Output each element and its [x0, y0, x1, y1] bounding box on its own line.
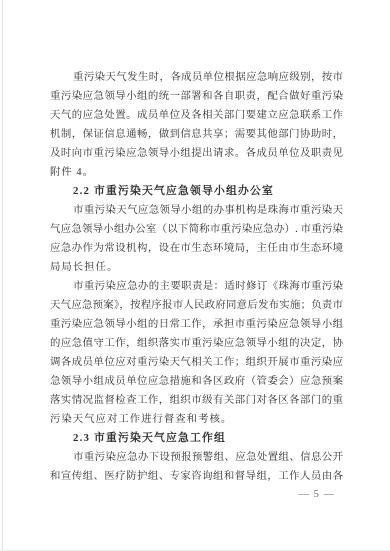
document-line: 市重污染天气应急领导小组的办事机构是珠海市重污染天 — [50, 201, 343, 220]
document-line: 市重污染应急办的主要职责是：适时修订《珠海市重污染 — [50, 277, 343, 296]
document-line: 落实情况监督检查工作，组织市级有关部门对各区各部门的重 — [50, 391, 343, 410]
document-line: 机制，保证信息通畅，做到信息共享；需要其他部门协助时， — [50, 125, 343, 144]
document-line: 污染天气应对工作进行督查和考核。 — [50, 410, 343, 429]
section-heading-2-3: 2.3 市重污染天气应急工作组 — [50, 429, 343, 448]
document-line: 应急办作为常设机构，设在市生态环境局，主任由市生态环境 — [50, 239, 343, 258]
document-line: 调各成员单位应对重污染天气相关工作；组织开展市重污染应 — [50, 353, 343, 372]
page-edge-line-left — [2, 0, 3, 551]
page-number: — 5 — — [50, 489, 343, 500]
document-line: 天气的应急处置。成员单位及各相关部门要建立应急联系工作 — [50, 106, 343, 125]
document-line: 市重污染应急办下设预报预警组、应急处置组、信息公开 — [50, 448, 343, 467]
document-body: 重污染天气发生时，各成员单位根据应急响应级别，按市 重污染应急领导小组的统一部署… — [50, 68, 343, 486]
document-line: 局局长担任。 — [50, 258, 343, 277]
document-line: 天气应急预案》，按程序报市人民政府同意后发布实施；负责市 — [50, 296, 343, 315]
document-page: 重污染天气发生时，各成员单位根据应急响应级别，按市 重污染应急领导小组的统一部署… — [0, 0, 390, 551]
document-line: 重污染天气发生时，各成员单位根据应急响应级别，按市 — [50, 68, 343, 87]
document-line: 重污染应急领导小组的日常工作，承担市重污染应急领导小组 — [50, 315, 343, 334]
document-line: 及时向市重污染应急领导小组提出请求。各成员单位及职责见 — [50, 144, 343, 163]
document-line: 重污染应急领导小组的统一部署和各自职责，配合做好重污染 — [50, 87, 343, 106]
document-line: 急领导小组成员单位应急措施和各区政府（管委会）应急预案 — [50, 372, 343, 391]
document-line: 气应急领导小组办公室（以下简称市重污染应急办）. 市重污染 — [50, 220, 343, 239]
document-line: 和宣传组、医疗防护组、专家咨询组和督导组，工作人员由各 — [50, 467, 343, 486]
section-heading-2-2: 2.2 市重污染天气应急领导小组办公室 — [50, 182, 343, 201]
document-line: 的应急值守工作，组织落实市重污染应急领导小组的决定，协 — [50, 334, 343, 353]
document-line: 附件 4。 — [50, 163, 343, 182]
